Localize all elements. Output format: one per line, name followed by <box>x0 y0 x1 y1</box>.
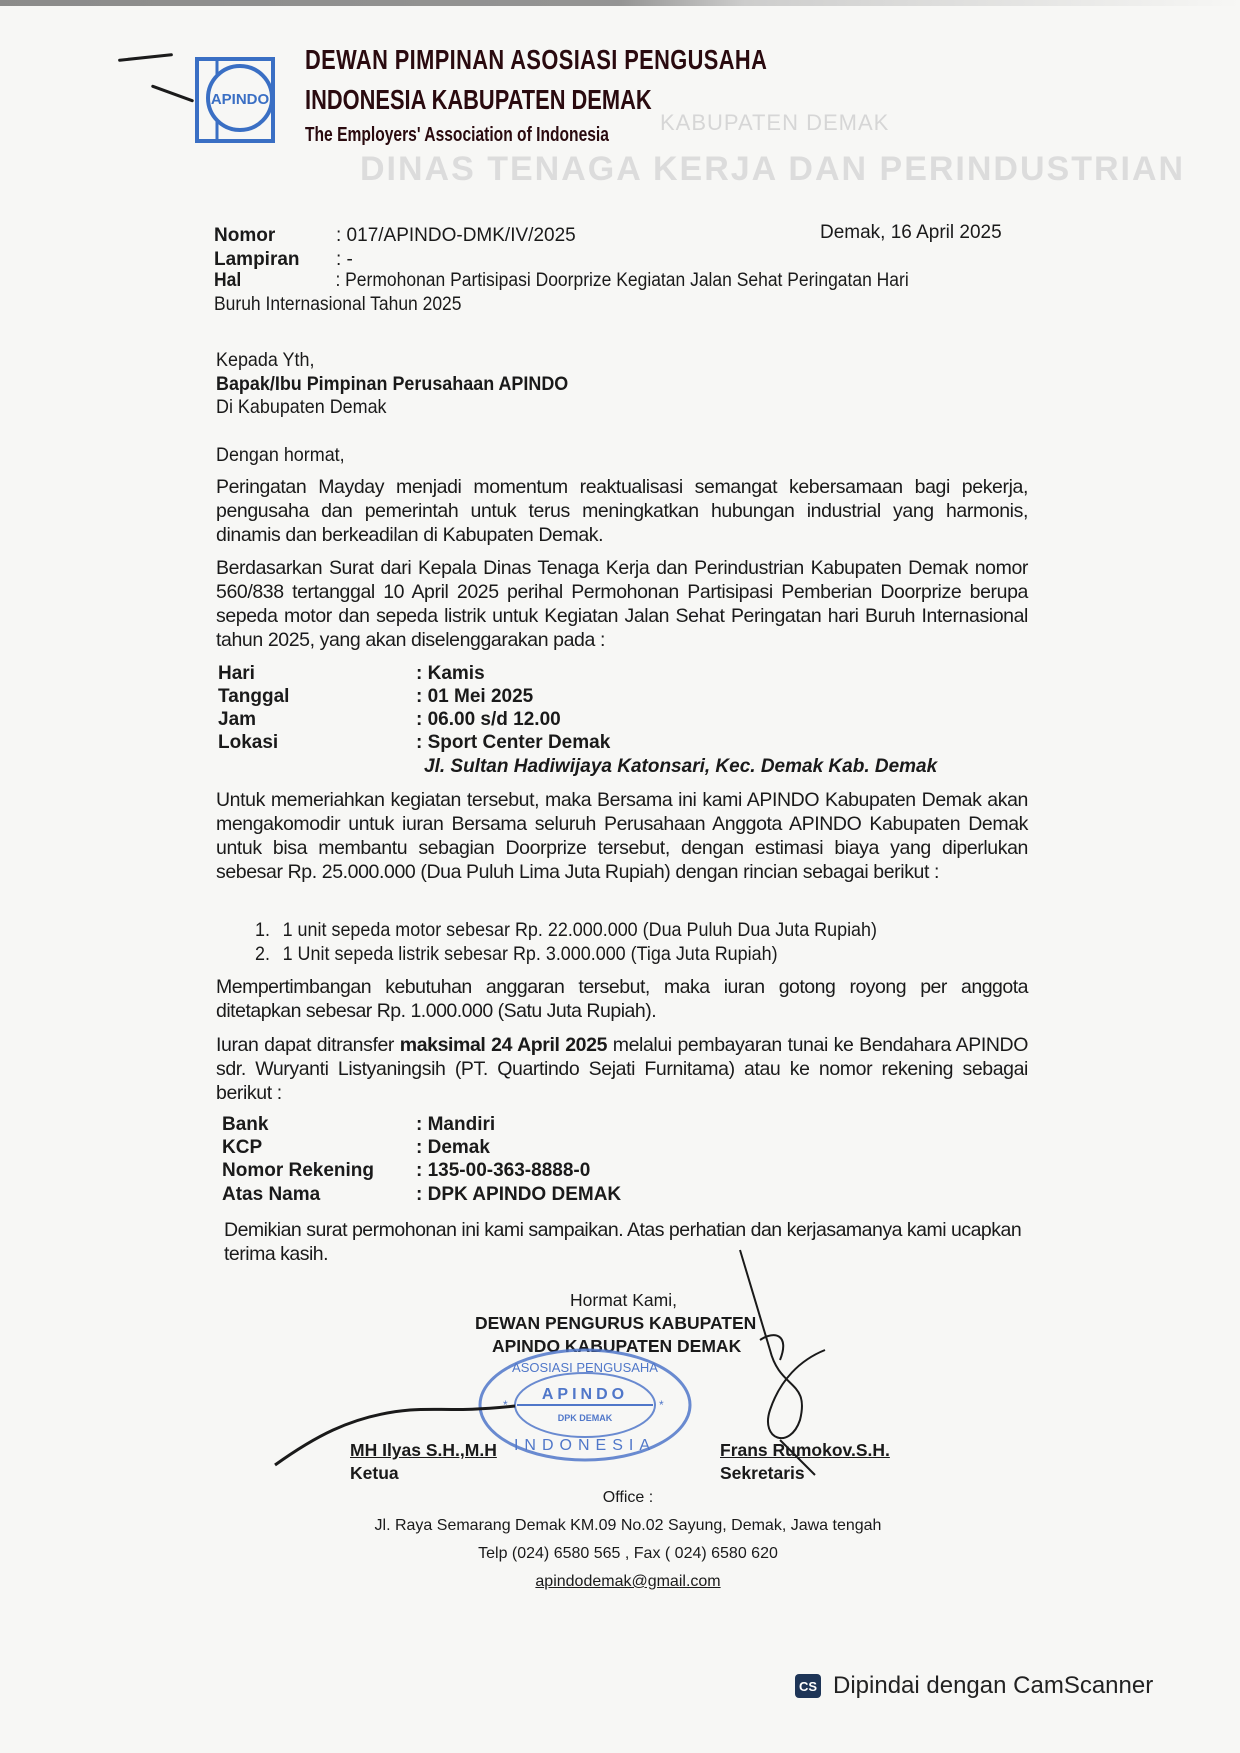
signatory-sekretaris-name: Frans Rumokov.S.H. <box>720 1440 890 1461</box>
list-item: 2.1 Unit sepeda listrik sebesar Rp. 3.00… <box>255 942 1002 966</box>
camscanner-text: Dipindai dengan CamScanner <box>833 1672 1153 1700</box>
stamp-mid-text: APINDO <box>542 1386 628 1403</box>
hari-label: Hari <box>218 663 416 685</box>
camscanner-watermark: CS Dipindai dengan CamScanner <box>795 1672 1153 1700</box>
bank-value: : Mandiri <box>416 1114 495 1135</box>
ghost-bleed-heading: DINAS TENAGA KERJA DAN PERINDUSTRIAN <box>360 150 1185 189</box>
meta-lampiran: Lampiran: - <box>214 249 353 271</box>
hal-value: : Permohonan Partisipasi Doorprize Kegia… <box>335 270 908 291</box>
list-item: 1.1 unit sepeda motor sebesar Rp. 22.000… <box>255 918 1002 942</box>
event-tanggal: Tanggal: 01 Mei 2025 <box>218 686 533 708</box>
paragraph-contribution: Untuk memeriahkan kegiatan tersebut, mak… <box>216 788 1028 884</box>
scan-edge-artifact <box>0 0 1240 6</box>
tanggal-value: : 01 Mei 2025 <box>416 686 533 707</box>
pen-mark <box>118 53 173 62</box>
paragraph-fee: Mempertimbangan kebutuhan anggaran terse… <box>216 975 1028 1023</box>
bank-label: Bank <box>222 1114 416 1136</box>
account-name-value: : DPK APINDO DEMAK <box>416 1184 621 1205</box>
paragraph-transfer: Iuran dapat ditransfer maksimal 24 April… <box>216 1033 1028 1105</box>
recipient-greeting: Kepada Yth, <box>216 348 963 372</box>
jam-value: : 06.00 s/d 12.00 <box>416 709 561 730</box>
scanned-letter-page: KABUPATEN DEMAK DINAS TENAGA KERJA DAN P… <box>0 0 1240 1753</box>
list-text: 1 unit sepeda motor sebesar Rp. 22.000.0… <box>283 919 877 941</box>
signatory-sekretaris-title: Sekretaris <box>720 1463 805 1484</box>
letterhead-org-name: DEWAN PIMPINAN ASOSIASI PENGUSAHA <box>305 44 767 76</box>
list-number: 1. <box>255 918 283 942</box>
event-jam: Jam: 06.00 s/d 12.00 <box>218 709 561 731</box>
jam-label: Jam <box>218 709 416 731</box>
account-name-label: Atas Nama <box>222 1184 416 1206</box>
kcp-row: KCP: Demak <box>222 1137 490 1159</box>
hal-continuation: Buruh Internasional Tahun 2025 <box>214 294 462 316</box>
svg-text:*: * <box>503 1398 508 1412</box>
nomor-label: Nomor <box>214 225 336 247</box>
stamp-bottom-text: INDONESIA <box>514 1437 656 1454</box>
tanggal-label: Tanggal <box>218 686 416 708</box>
svg-text:*: * <box>659 1398 664 1412</box>
account-number-value: : 135-00-363-8888-0 <box>416 1160 590 1181</box>
paragraph-reference: Berdasarkan Surat dari Kepala Dinas Tena… <box>216 556 1028 652</box>
kcp-label: KCP <box>222 1137 416 1159</box>
list-number: 2. <box>255 942 283 966</box>
apindo-stamp-icon: ASOSIASI PENGUSAHA APINDO DPK DEMAK INDO… <box>475 1345 695 1465</box>
account-number-row: Nomor Rekening: 135-00-363-8888-0 <box>222 1160 590 1182</box>
hari-value: : Kamis <box>416 663 485 684</box>
recipient-place: Di Kabupaten Demak <box>216 395 963 419</box>
transfer-text-before: Iuran dapat ditransfer <box>216 1034 400 1056</box>
svg-text:APINDO: APINDO <box>211 91 270 108</box>
event-lokasi: Lokasi: Sport Center Demak <box>218 732 610 754</box>
transfer-deadline: maksimal 24 April 2025 <box>400 1034 607 1056</box>
camscanner-logo-icon: CS <box>795 1674 821 1698</box>
regards: Hormat Kami, <box>570 1290 677 1311</box>
ghost-bleed-text: KABUPATEN DEMAK <box>660 110 889 136</box>
office-footer: Office : Jl. Raya Semarang Demak KM.09 N… <box>0 1484 1240 1596</box>
signatory-ketua-name: MH Ilyas S.H.,M.H <box>350 1440 497 1461</box>
lampiran-value: : - <box>336 249 353 270</box>
stamp-sub-text: DPK DEMAK <box>558 1413 613 1423</box>
letterhead-tagline: The Employers' Association of Indonesia <box>305 124 609 147</box>
lampiran-label: Lampiran <box>214 249 336 271</box>
office-label: Office : <box>8 1484 1240 1512</box>
office-phone: Telp (024) 6580 565 , Fax ( 024) 6580 62… <box>8 1540 1240 1568</box>
lokasi-label: Lokasi <box>218 732 416 754</box>
kcp-value: : Demak <box>416 1137 490 1158</box>
hal-label: Hal <box>214 270 335 292</box>
event-address: Jl. Sultan Hadiwijaya Katonsari, Kec. De… <box>424 756 937 778</box>
office-address: Jl. Raya Semarang Demak KM.09 No.02 Sayu… <box>8 1512 1240 1540</box>
stamp-top-text: ASOSIASI PENGUSAHA <box>512 1360 658 1375</box>
meta-nomor: Nomor: 017/APINDO-DMK/IV/2025 <box>214 225 576 247</box>
lokasi-value: : Sport Center Demak <box>416 732 610 753</box>
office-email-link[interactable]: apindodemak@gmail.com <box>535 1573 720 1590</box>
signatory-ketua-title: Ketua <box>350 1463 399 1484</box>
pen-mark <box>151 84 194 102</box>
list-text: 1 Unit sepeda listrik sebesar Rp. 3.000.… <box>283 943 778 965</box>
account-number-label: Nomor Rekening <box>222 1160 416 1182</box>
event-hari: Hari: Kamis <box>218 663 485 685</box>
bank-row: Bank: Mandiri <box>222 1114 495 1136</box>
account-name-row: Atas Nama: DPK APINDO DEMAK <box>222 1184 621 1206</box>
meta-hal: Hal: Permohonan Partisipasi Doorprize Ke… <box>214 270 909 292</box>
closing-paragraph: Demikian surat permohonan ini kami sampa… <box>224 1218 1036 1266</box>
letter-date: Demak, 16 April 2025 <box>820 222 1002 244</box>
nomor-value: : 017/APINDO-DMK/IV/2025 <box>336 225 576 246</box>
paragraph-intro: Peringatan Mayday menjadi momentum reakt… <box>216 475 1028 547</box>
recipient-name: Bapak/Ibu Pimpinan Perusahaan APINDO <box>216 372 963 396</box>
salutation: Dengan hormat, <box>216 443 963 467</box>
letterhead-org-region: INDONESIA KABUPATEN DEMAK <box>305 84 652 116</box>
signature-org-line1: DEWAN PENGURUS KABUPATEN <box>475 1313 756 1334</box>
apindo-logo-icon: APINDO <box>194 56 276 144</box>
